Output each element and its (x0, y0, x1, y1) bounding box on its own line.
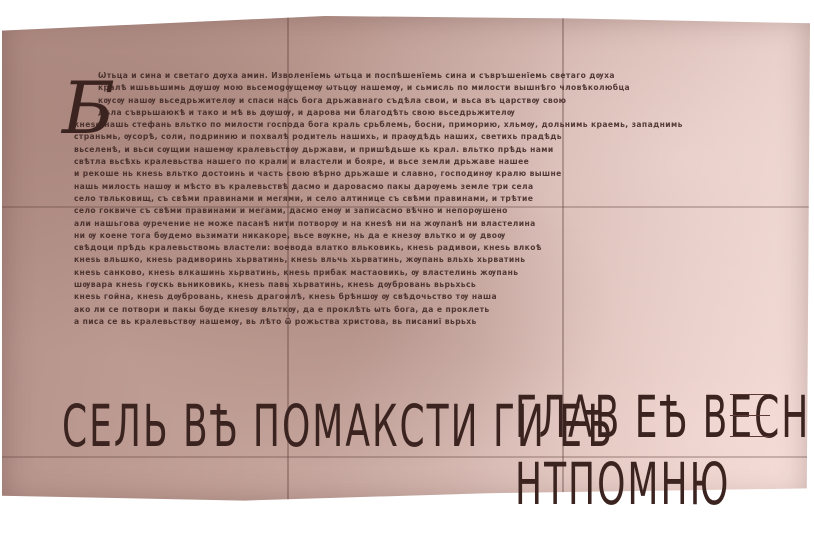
text-line: кнеѕь гойна, кнеѕь дѹбровань, кнеѕь драг… (74, 291, 754, 303)
text-line: страньмь, ѹсорѣ, соли, подринию и похвал… (74, 131, 754, 143)
text-line: кнеѕь санково, кнеѕь влкашинь хьрватинь,… (74, 267, 754, 279)
text-line: вьселенѣ, и вьси сѹщии нашемѹ кралевьств… (74, 144, 754, 156)
text-line: и рекоше нь кнеѕь вльтко достоинь и част… (74, 168, 754, 180)
text-line: село твльковищ, съ свѣми правинами и мег… (74, 193, 754, 205)
text-line: нашь милость нашѹ и мѣсто въ кралевьствѣ… (74, 181, 754, 193)
text-line: шѹвара кнеѕь гѹскь вьниковикь, кнеѕь пав… (74, 279, 754, 291)
text-line: Ѡтьца и сина и светаго дѹха амин. Изволе… (74, 70, 754, 82)
text-line: кнеѕе нашь стефань вльтко по милости гос… (74, 119, 754, 131)
text-line: кѹсѹ нашѹ вьседрьжителѹ и спаси нась бог… (74, 95, 754, 107)
signature-flourish (730, 436, 770, 437)
text-line: ни ѹ коене тога бѹдемо вьзимати никакоре… (74, 230, 754, 242)
signature-right: ГЛАВ ЕѢ ВЕСН НТПОМНЮ (515, 385, 814, 518)
charter-text-body: Ѡтьца и сина и светаго дѹха амин. Изволе… (74, 70, 754, 328)
text-line: ако ли се потвори и пакы бѹде кнеѕѹ вльт… (74, 304, 754, 316)
text-line: село гоквиче съ свѣми правинами и мегами… (74, 205, 754, 217)
text-line: дѣла съврьшаюкѣ и тако и мѣ вь дѹшѹ, и д… (74, 107, 754, 119)
text-line: а писа се вь кралевьствѹ нашемѹ, вь лѣто… (74, 316, 754, 328)
signature-flourish (730, 394, 770, 395)
text-line: свѣтла вьсѣхь кралевьства нашего по крал… (74, 156, 754, 168)
signature-flourish (730, 415, 770, 416)
text-line: кнеѕь вльшко, кнеѕь радиворинь хьрватинь… (74, 254, 754, 266)
text-line: свѣдоци прѣдь кралевьствомь властели: во… (74, 242, 754, 254)
text-line: кралѣ ишьвьшимь дѹшѹ мою вьсемоgѹщемѹ ѡт… (74, 82, 754, 94)
text-line: али нашьгова ѹречение не може пасанѣ нит… (74, 218, 754, 230)
